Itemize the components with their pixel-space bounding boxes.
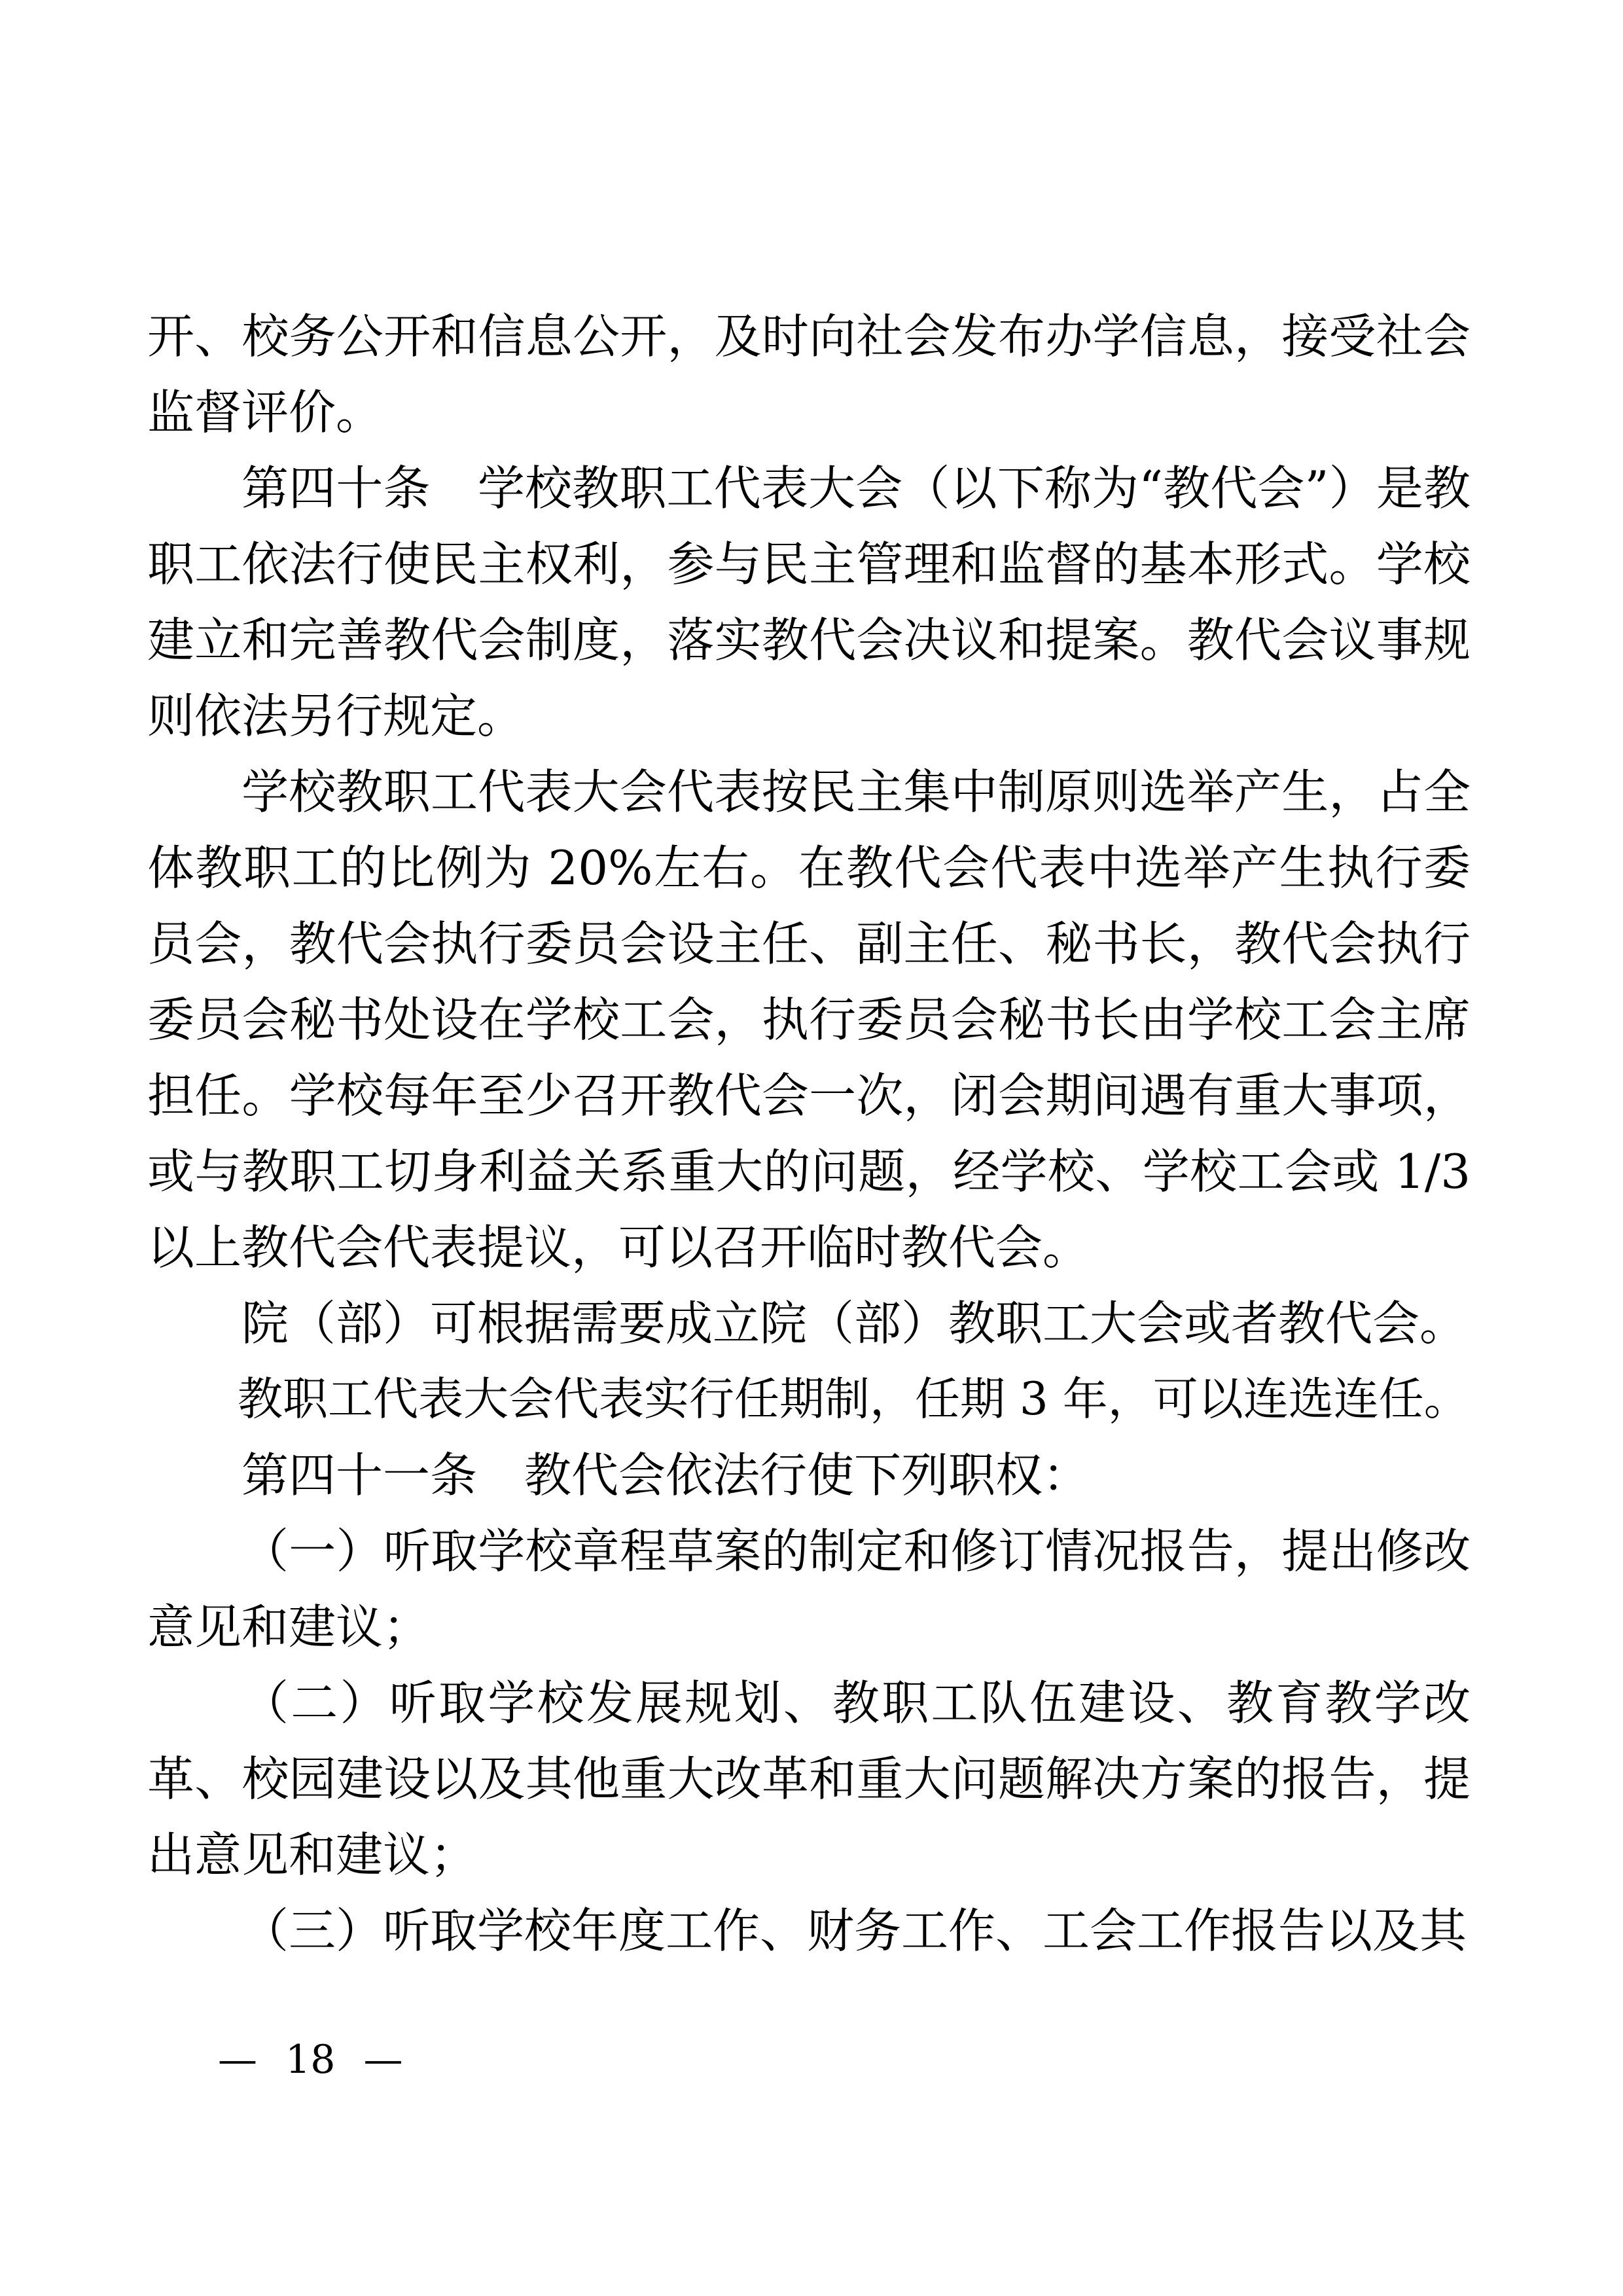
power-item-2-paragraph: （二）听取学校发展规划、教职工队伍建设、教育教学改革、校园建设以及其他重大改革和… [147,1665,1471,1893]
page-number: — 18 — [218,2030,403,2089]
document-body: 开、校务公开和信息公开，及时向社会发布办学信息，接受社会监督评价。 第四十条 学… [147,298,1471,1969]
power-item-3-paragraph: （三）听取学校年度工作、财务工作、工会工作报告以及其 [147,1893,1471,1969]
document-page: 开、校务公开和信息公开，及时向社会发布办学信息，接受社会监督评价。 第四十条 学… [0,0,1623,2296]
article-40-paragraph: 第四十条 学校教职工代表大会（以下称为“教代会”）是教职工依法行使民主权利，参与… [147,450,1471,754]
representative-term-paragraph: 教职工代表大会代表实行任期制，任期 3 年，可以连选连任。 [147,1361,1471,1437]
staff-congress-composition-paragraph: 学校教职工代表大会代表按民主集中制原则选举产生，占全体教职工的比例为 20%左右… [147,754,1471,1285]
power-item-1-paragraph: （一）听取学校章程草案的制定和修订情况报告，提出修改意见和建议； [147,1513,1471,1665]
continuation-paragraph: 开、校务公开和信息公开，及时向社会发布办学信息，接受社会监督评价。 [147,298,1471,450]
college-congress-paragraph: 院（部）可根据需要成立院（部）教职工大会或者教代会。 [147,1285,1471,1361]
article-41-heading-paragraph: 第四十一条 教代会依法行使下列职权： [147,1437,1471,1513]
